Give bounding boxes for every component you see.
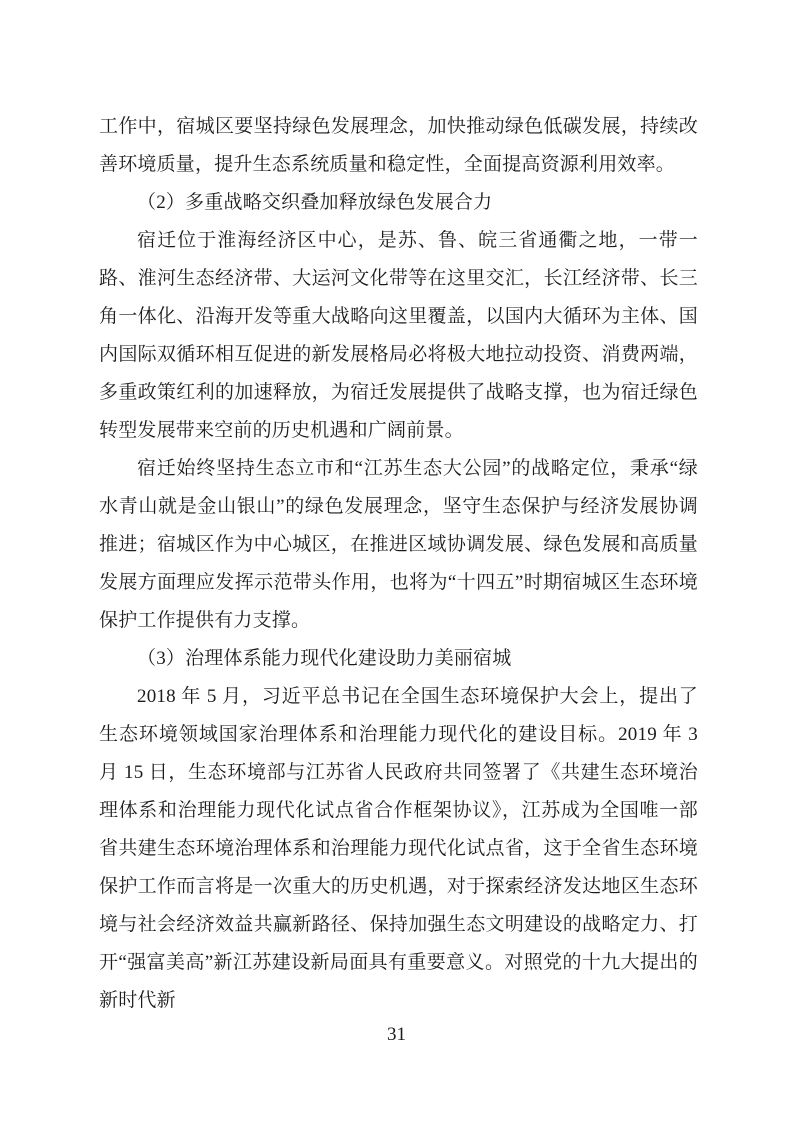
subheading-3: （3）治理体系能力现代化建设助力美丽宿城 bbox=[99, 640, 698, 678]
page-footer: 31 bbox=[0, 1016, 793, 1054]
document-body: 工作中，宿城区要坚持绿色发展理念，加快推动绿色低碳发展，持续改善环境质量，提升生… bbox=[99, 108, 698, 1020]
paragraph-governance: 2018 年 5 月，习近平总书记在全国生态环境保护大会上，提出了生态环境领域国… bbox=[99, 678, 698, 1020]
page-number: 31 bbox=[387, 1024, 406, 1045]
subheading-2: （2）多重战略交织叠加释放绿色发展合力 bbox=[99, 184, 698, 222]
document-page: 工作中，宿城区要坚持绿色发展理念，加快推动绿色低碳发展，持续改善环境质量，提升生… bbox=[0, 0, 793, 1122]
paragraph-ecology-position: 宿迁始终坚持生态立市和“江苏生态大公园”的战略定位，秉承“绿水青山就是金山银山”… bbox=[99, 450, 698, 640]
paragraph-strategy: 宿迁位于淮海经济区中心，是苏、鲁、皖三省通衢之地，一带一路、淮河生态经济带、大运… bbox=[99, 222, 698, 450]
paragraph-continuation: 工作中，宿城区要坚持绿色发展理念，加快推动绿色低碳发展，持续改善环境质量，提升生… bbox=[99, 108, 698, 184]
